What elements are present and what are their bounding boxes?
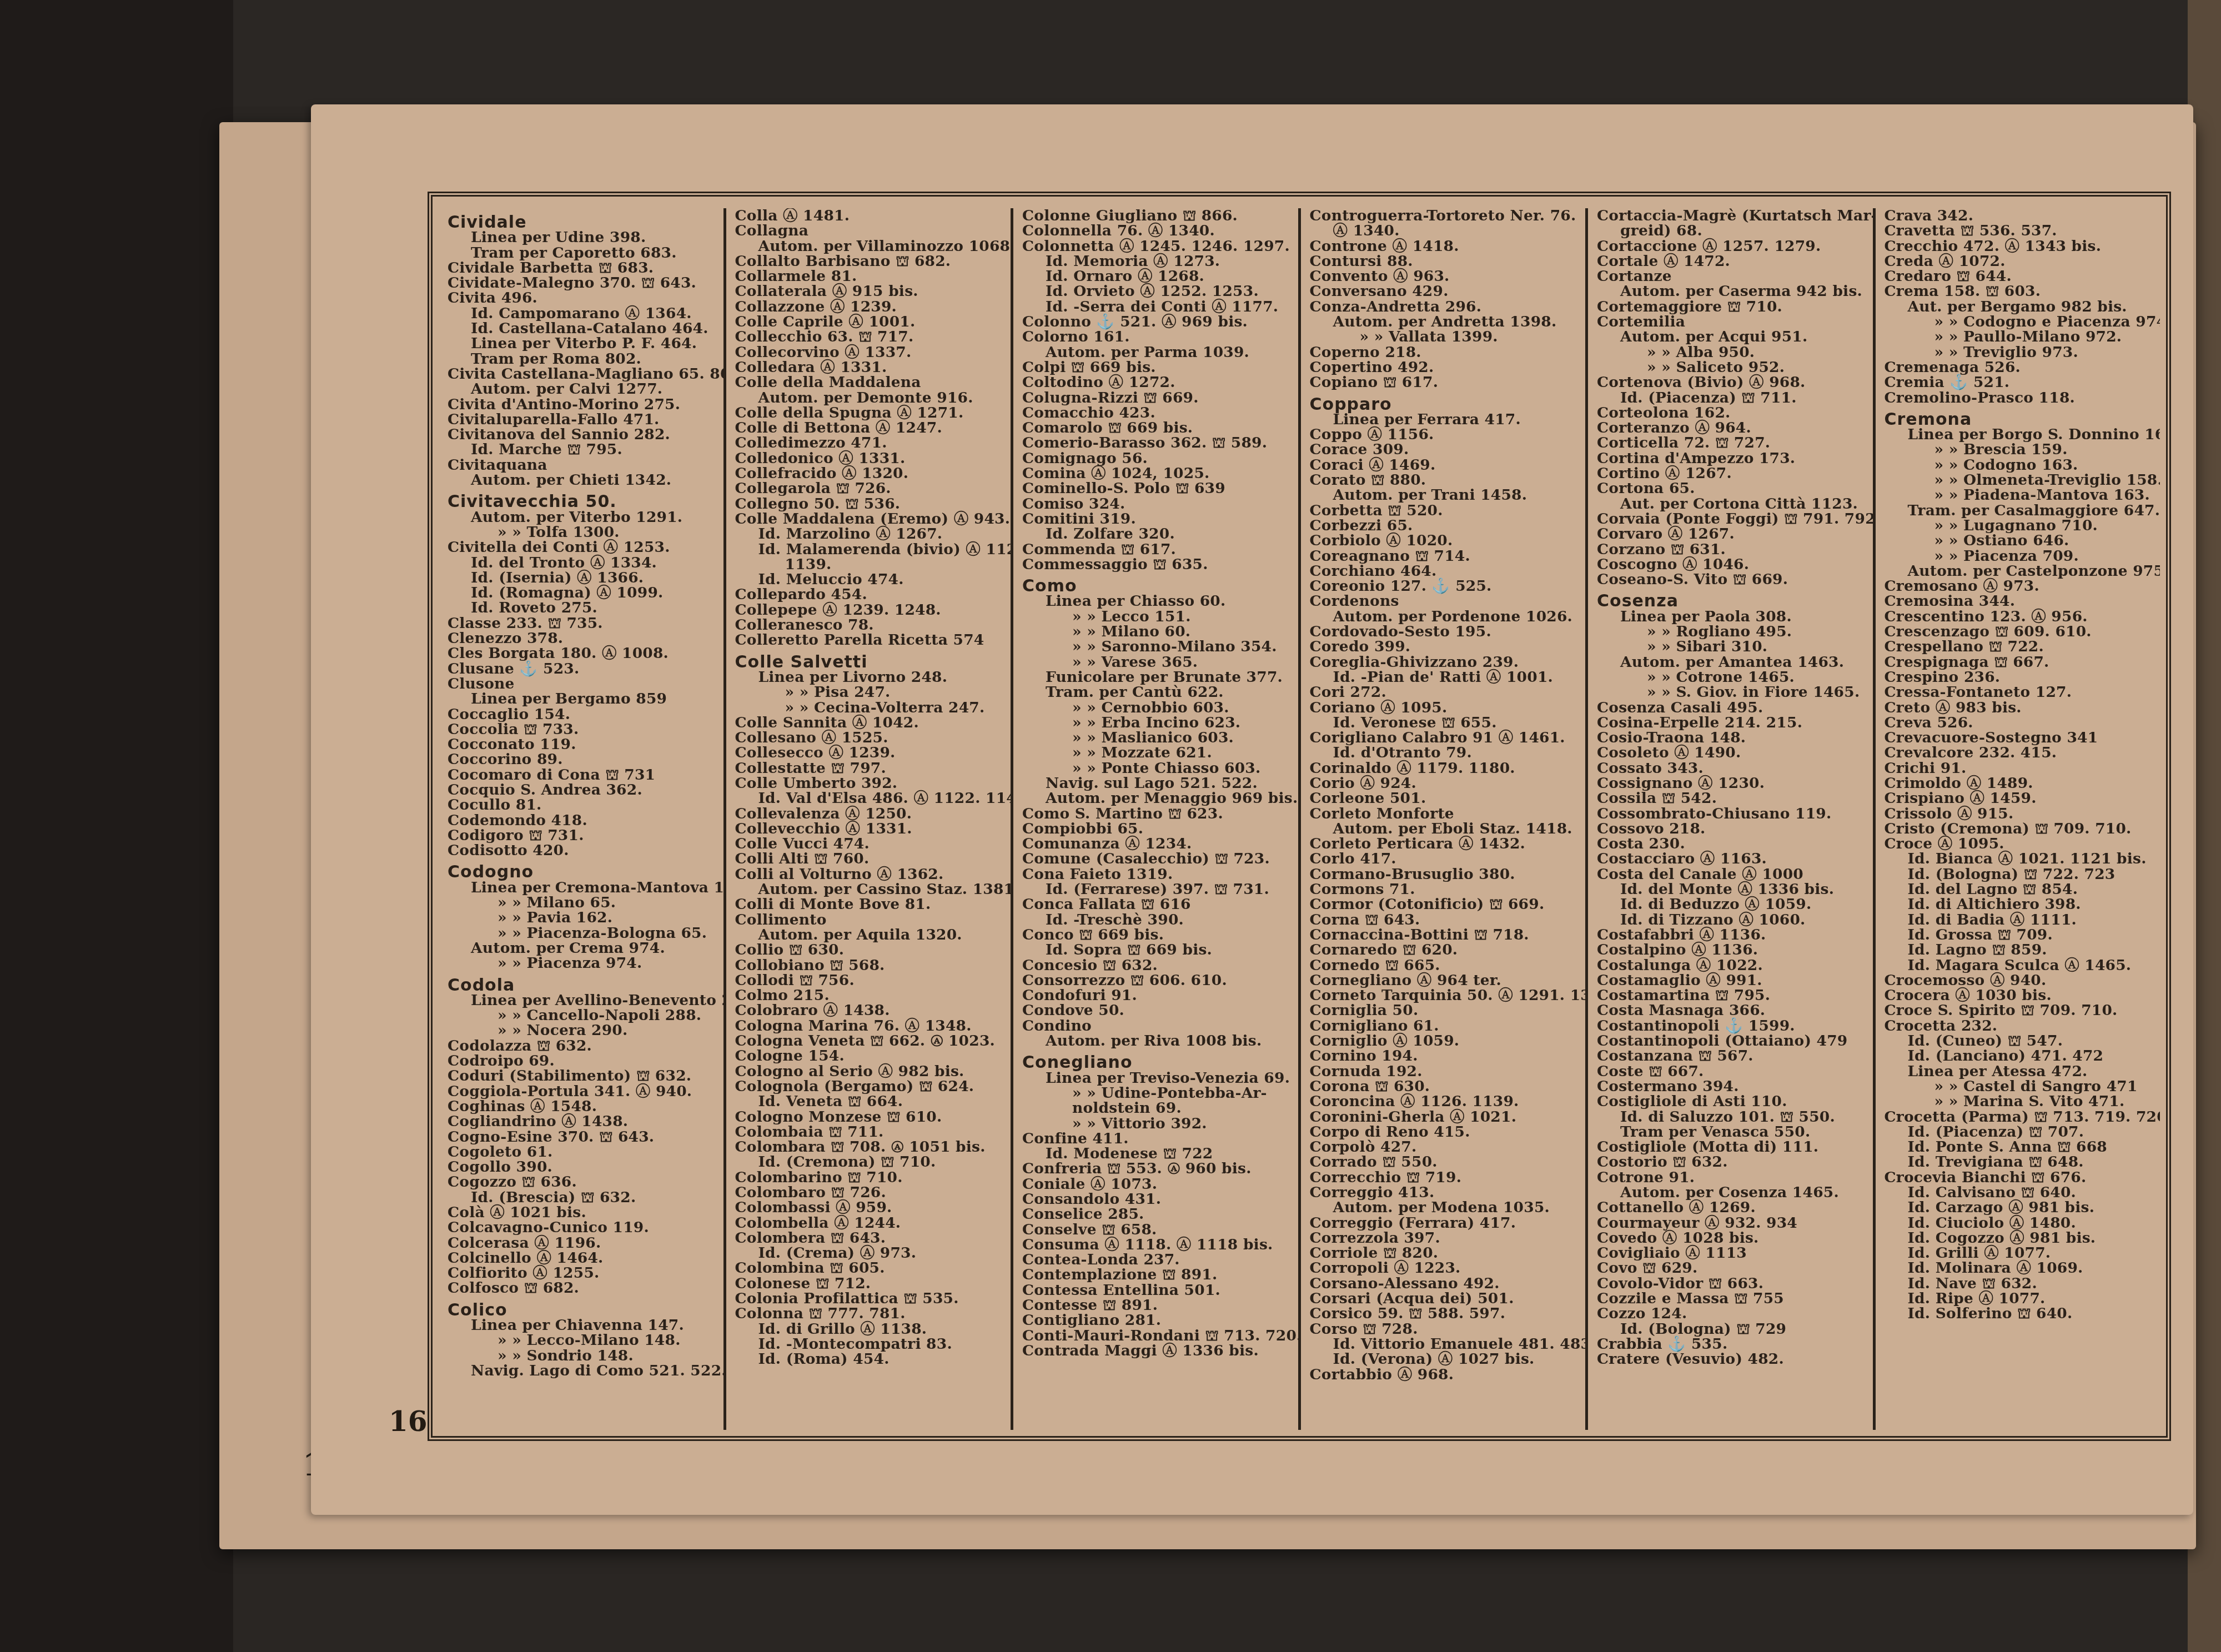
- index-entry: Tram per Venasca 550.: [1597, 1124, 1865, 1139]
- index-entry: Id. Roveto 275.: [448, 600, 716, 615]
- index-entry: Cortina d'Ampezzo 173.: [1597, 451, 1865, 466]
- index-entry: Cornuda 192.: [1310, 1064, 1578, 1079]
- index-entry: Coredo 399.: [1310, 639, 1578, 654]
- index-entry: Colombera ⛫ 643.: [735, 1231, 1003, 1246]
- index-entry: » » Mozzate 621.: [1022, 745, 1290, 760]
- index-entry: Colleranesco 78.: [735, 617, 1003, 632]
- index-entry: Crecchio 472. Ⓐ 1343 bis.: [1885, 239, 2153, 254]
- index-entry: Colombaro ⛫ 726.: [735, 1185, 1003, 1200]
- index-entry: Colonna ⛫ 777. 781.: [735, 1306, 1003, 1321]
- index-entry: Id. Magara Sculca Ⓐ 1465.: [1885, 958, 2153, 973]
- index-entry: Id. (Ferrarese) 397. ⛫ 731.: [1022, 882, 1290, 897]
- index-entry: Cocconato 119.: [448, 737, 716, 752]
- index-entry: Collepepe Ⓐ 1239. 1248.: [735, 602, 1003, 617]
- index-entry: » » Sibari 310.: [1597, 639, 1865, 654]
- index-entry: Conti-Mauri-Rondani ⛫ 713. 720.: [1022, 1328, 1290, 1343]
- index-entry: Linea per Paola 308.: [1597, 609, 1865, 624]
- index-entry: Conca Fallata ⛫ 616: [1022, 897, 1290, 912]
- index-entry: » » Treviglio 973.: [1885, 345, 2153, 360]
- index-entry: Cremolino-Prasco 118.: [1885, 390, 2153, 405]
- index-entry: Cogollo 390.: [448, 1159, 716, 1174]
- index-entry: Contessa Entellina 501.: [1022, 1283, 1290, 1298]
- index-entry: Controne Ⓐ 1418.: [1310, 239, 1578, 254]
- index-entry: Comarolo ⛫ 669 bis.: [1022, 420, 1290, 435]
- index-entry: Colmo 215.: [735, 988, 1003, 1003]
- index-entry: Creva 526.: [1885, 715, 2153, 730]
- index-entry: Costacciaro Ⓐ 1163.: [1597, 851, 1865, 866]
- index-entry: Concesio ⛫ 632.: [1022, 958, 1290, 973]
- index-entry: » » S. Giov. in Fiore 1465.: [1597, 685, 1865, 700]
- section-heading: Cividale: [448, 215, 716, 230]
- index-entry: Colugna-Rizzi ⛫ 669.: [1022, 390, 1290, 405]
- index-entry: Corace 309.: [1310, 442, 1578, 457]
- index-entry: Comiso 324.: [1022, 496, 1290, 511]
- index-entry: Colli di Monte Bove 81.: [735, 897, 1003, 912]
- index-entry: Cori 272.: [1310, 685, 1578, 700]
- index-entry: noldstein 69.: [1022, 1101, 1290, 1116]
- index-entry: Cologne 154.: [735, 1048, 1003, 1063]
- index-entry: Coppo Ⓐ 1156.: [1310, 427, 1578, 442]
- index-entry: Credaro ⛫ 644.: [1885, 269, 2153, 284]
- section-heading: Copparo: [1310, 397, 1578, 412]
- index-entry: Cossovo 218.: [1597, 821, 1865, 836]
- index-entry: Corpolò 427.: [1310, 1139, 1578, 1154]
- index-entry: Cremia ⚓ 521.: [1885, 375, 2153, 390]
- index-entry: Collegno 50. ⛫ 536.: [735, 496, 1003, 511]
- index-entry: Condino: [1022, 1018, 1290, 1033]
- index-entry: Cona Faieto 1319.: [1022, 867, 1290, 882]
- index-entry: Colombassi Ⓐ 959.: [735, 1200, 1003, 1215]
- index-entry: Linea per Udine 398.: [448, 230, 716, 245]
- index-entry: Conza-Andretta 296.: [1310, 299, 1578, 314]
- index-entry: Cortemilia: [1597, 314, 1865, 329]
- index-entry: Condove 50.: [1022, 1003, 1290, 1018]
- index-entry: Cogliandrino Ⓐ 1438.: [448, 1114, 716, 1129]
- index-entry: Crema 158. ⛫ 603.: [1885, 284, 2153, 299]
- index-entry: Consorrezzo ⛫ 606. 610.: [1022, 973, 1290, 988]
- index-entry: » » Lecco 151.: [1022, 609, 1290, 624]
- index-entry: Cravetta ⛫ 536. 537.: [1885, 223, 2153, 238]
- index-entry: Corbezzi 65.: [1310, 518, 1578, 533]
- index-entry: Autom. per Menaggio 969 bis.: [1022, 791, 1290, 806]
- index-entry: Conversano 429.: [1310, 284, 1578, 299]
- index-entry: Colfosco ⛫ 682.: [448, 1281, 716, 1296]
- index-entry: » » Lugagnano 710.: [1885, 518, 2153, 533]
- index-entry: Croce Ⓐ 1095.: [1885, 836, 2153, 851]
- index-entry: » » Olmeneta-Treviglio 158.: [1885, 473, 2153, 488]
- section-heading: Colle Salvetti: [735, 655, 1003, 670]
- index-entry: Colombara ⛫ 708. Ⓐ 1051 bis.: [735, 1139, 1003, 1154]
- index-entry: Linea per Viterbo P. F. 464.: [448, 336, 716, 351]
- index-entry: Cremenaga 526.: [1885, 360, 2153, 375]
- index-entry: Costalunga Ⓐ 1022.: [1597, 958, 1865, 973]
- index-entry: Conselve ⛫ 658.: [1022, 1222, 1290, 1237]
- index-entry: Crocetta 232.: [1885, 1018, 2153, 1033]
- index-entry: Colombaia ⛫ 711.: [735, 1124, 1003, 1139]
- index-entry: Crespignaga ⛫ 667.: [1885, 655, 2153, 670]
- index-entry: Id. di Badia Ⓐ 1111.: [1885, 912, 2153, 927]
- index-entry: Crescenzago ⛫ 609. 610.: [1885, 624, 2153, 639]
- index-entry: Collagna: [735, 223, 1003, 238]
- index-entry: Id. Calvisano ⛫ 640.: [1885, 1185, 2153, 1200]
- index-entry: Cormons 71.: [1310, 882, 1578, 897]
- index-entry: Colla Ⓐ 1481.: [735, 208, 1003, 223]
- index-entry: » » Piacenza 709.: [1885, 549, 2153, 564]
- index-entry: Coseano-S. Vito ⛫ 669.: [1597, 572, 1865, 587]
- index-entry: » » Piacenza-Bologna 65.: [448, 926, 716, 941]
- index-entry: Collecchio 63. ⛫ 717.: [735, 329, 1003, 344]
- index-entry: Linea per Avellino-Benevento 288.: [448, 993, 716, 1008]
- column-3: Colonne Giugliano ⛫ 866.Colonnella 76. Ⓐ…: [1013, 208, 1301, 1430]
- index-entry: Id. Veneta ⛫ 664.: [735, 1094, 1003, 1109]
- index-entry: Id. (Lanciano) 471. 472: [1885, 1048, 2153, 1063]
- index-entry: Compiobbi 65.: [1022, 821, 1290, 836]
- index-entry: » » Sondrio 148.: [448, 1348, 716, 1363]
- index-entry: Costa Masnaga 366.: [1597, 1003, 1865, 1018]
- index-entry: Tram per Caporetto 683.: [448, 245, 716, 260]
- index-entry: Id. di Grillo Ⓐ 1138.: [735, 1322, 1003, 1337]
- background-left: [0, 0, 233, 1652]
- index-entry: Cortaccia-Magrè (Kurtatsch Mar-: [1597, 208, 1865, 223]
- index-entry: Cornino 194.: [1310, 1048, 1578, 1063]
- index-entry: Id. Ponte S. Anna ⛫ 668: [1885, 1139, 2153, 1154]
- index-entry: Comunanza Ⓐ 1234.: [1022, 836, 1290, 851]
- index-entry: Id. Campomarano Ⓐ 1364.: [448, 306, 716, 321]
- index-entry: » » Saronno-Milano 354.: [1022, 639, 1290, 654]
- index-columns: CividaleLinea per Udine 398.Tram per Cap…: [439, 208, 2160, 1430]
- index-entry: Coccolia ⛫ 733.: [448, 722, 716, 737]
- index-entry: » » Vallata 1399.: [1310, 329, 1578, 344]
- index-entry: Id. (Brescia) ⛫ 632.: [448, 1190, 716, 1205]
- index-entry: Correzzola 397.: [1310, 1231, 1578, 1246]
- index-entry: Corsico 59. ⛫ 588. 597.: [1310, 1306, 1578, 1321]
- index-entry: Id. Solferino ⛫ 640.: [1885, 1306, 2153, 1321]
- index-entry: Cortabbio Ⓐ 968.: [1310, 1367, 1578, 1382]
- index-entry: Coronini-Gherla Ⓐ 1021.: [1310, 1109, 1578, 1124]
- index-entry: Corso ⛫ 728.: [1310, 1322, 1578, 1337]
- index-entry: Id. Molinara Ⓐ 1069.: [1885, 1261, 2153, 1276]
- index-entry: Cocomaro di Cona ⛫ 731: [448, 767, 716, 782]
- index-entry: Cocullo 81.: [448, 797, 716, 812]
- index-entry: Id. (Bologna) ⛫ 722. 723: [1885, 867, 2153, 882]
- index-entry: Corna ⛫ 643.: [1310, 912, 1578, 927]
- index-entry: Linea per Bergamo 859: [448, 691, 716, 706]
- index-entry: Crichi 91.: [1885, 761, 2153, 776]
- index-entry: Convento Ⓐ 963.: [1310, 269, 1578, 284]
- index-entry: Aut. per Cortona Città 1123.: [1597, 496, 1865, 511]
- index-entry: Correggio 413.: [1310, 1185, 1578, 1200]
- index-entry: Cocquio S. Andrea 362.: [448, 782, 716, 797]
- index-entry: Corvaia (Ponte Foggi) ⛫ 791. 792.: [1597, 511, 1865, 526]
- index-entry: Autom. per Parma 1039.: [1022, 345, 1290, 360]
- index-entry: Colonne Giugliano ⛫ 866.: [1022, 208, 1290, 223]
- index-entry: Contea-Londa 237.: [1022, 1252, 1290, 1267]
- index-entry: Costamaglio Ⓐ 991.: [1597, 973, 1865, 988]
- index-entry: » » Alba 950.: [1597, 345, 1865, 360]
- index-entry: Colledimezzo 471.: [735, 435, 1003, 450]
- index-entry: Collimento: [735, 912, 1003, 927]
- index-entry: Corona ⛫ 630.: [1310, 1079, 1578, 1094]
- index-entry: Coperno 218.: [1310, 345, 1578, 360]
- index-entry: Corleone 501.: [1310, 791, 1578, 806]
- index-entry: » » Cernobbio 603.: [1022, 700, 1290, 715]
- index-entry: Corsano-Alessano 492.: [1310, 1276, 1578, 1291]
- index-entry: Colle Vucci 474.: [735, 836, 1003, 851]
- index-entry: Creto Ⓐ 983 bis.: [1885, 700, 2153, 715]
- index-entry: Cornigliano 61.: [1310, 1018, 1578, 1033]
- index-entry: Cornaredo ⛫ 620.: [1310, 942, 1578, 957]
- index-entry: Crevalcore 232. 415.: [1885, 745, 2153, 760]
- index-entry: Covedo Ⓐ 1028 bis.: [1597, 1231, 1865, 1246]
- index-entry: Autom. per Modena 1035.: [1310, 1200, 1578, 1215]
- index-entry: Copiano ⛫ 617.: [1310, 375, 1578, 390]
- index-entry: Colonnella 76. Ⓐ 1340.: [1022, 223, 1290, 238]
- index-entry: Colonese ⛫ 712.: [735, 1276, 1003, 1291]
- index-entry: Colleretto Parella Ricetta 574: [735, 632, 1003, 647]
- index-entry: Cozzo 124.: [1597, 1306, 1865, 1321]
- index-entry: Cormor (Cotonificio) ⛫ 669.: [1310, 897, 1578, 912]
- index-entry: Collegarola ⛫ 726.: [735, 481, 1003, 496]
- index-entry: Cossato 343.: [1597, 761, 1865, 776]
- column-4: Controguerra-Tortoreto Ner. 76.Ⓐ 1340.Co…: [1301, 208, 1589, 1430]
- index-entry: » » Piadena-Mantova 163.: [1885, 488, 2153, 503]
- index-entry: Id. -Pian de' Ratti Ⓐ 1001.: [1310, 670, 1578, 685]
- index-entry: Crispiano Ⓐ 1459.: [1885, 791, 2153, 806]
- index-entry: Id. -Serra dei Conti Ⓐ 1177.: [1022, 299, 1290, 314]
- index-entry: Creda Ⓐ 1072.: [1885, 254, 2153, 269]
- index-entry: Corvaro Ⓐ 1267.: [1597, 526, 1865, 541]
- index-entry: Id. del Monte Ⓐ 1336 bis.: [1597, 882, 1865, 897]
- index-entry: Coreagnano ⛫ 714.: [1310, 549, 1578, 564]
- index-entry: Codisotto 420.: [448, 843, 716, 858]
- index-entry: Civitaquana: [448, 458, 716, 473]
- index-entry: Cossila ⛫ 542.: [1597, 791, 1865, 806]
- index-entry: Collaterala Ⓐ 915 bis.: [735, 284, 1003, 299]
- index-entry: » » Piacenza 974.: [448, 956, 716, 971]
- index-entry: Crescentino 123. Ⓐ 956.: [1885, 609, 2153, 624]
- index-entry: Corbetta ⛫ 520.: [1310, 503, 1578, 518]
- index-entry: Corinaldo Ⓐ 1179. 1180.: [1310, 761, 1578, 776]
- index-entry: Corniglio Ⓐ 1059.: [1310, 1033, 1578, 1048]
- index-entry: Crava 342.: [1885, 208, 2153, 223]
- index-entry: Colle Caprile Ⓐ 1001.: [735, 314, 1003, 329]
- index-entry: Croce S. Spirito ⛫ 709. 710.: [1885, 1003, 2153, 1018]
- index-entry: Commessaggio ⛫ 635.: [1022, 557, 1290, 572]
- index-entry: Coscogno Ⓐ 1046.: [1597, 557, 1865, 572]
- index-entry: Cornedo ⛫ 665.: [1310, 958, 1578, 973]
- index-entry: » » Rogliano 495.: [1597, 624, 1865, 639]
- index-entry: Id. (Verona) Ⓐ 1027 bis.: [1310, 1352, 1578, 1367]
- index-entry: Crevacuore-Sostegno 341: [1885, 730, 2153, 745]
- index-entry: Costermano 394.: [1597, 1079, 1865, 1094]
- index-entry: Contemplazione ⛫ 891.: [1022, 1267, 1290, 1282]
- index-entry: Id. Cogozzo Ⓐ 981 bis.: [1885, 1231, 2153, 1246]
- index-entry: Crimoldo Ⓐ 1489.: [1885, 776, 2153, 791]
- index-entry: Codroipo 69.: [448, 1053, 716, 1068]
- index-entry: Colle Maddalena (Eremo) Ⓐ 943.: [735, 511, 1003, 526]
- index-entry: Coduri (Stabilimento) ⛫ 632.: [448, 1068, 716, 1083]
- index-entry: Autom. per Andretta 1398.: [1310, 314, 1578, 329]
- index-entry: Cologno Monzese ⛫ 610.: [735, 1109, 1003, 1124]
- index-entry: » » Vittorio 392.: [1022, 1116, 1290, 1131]
- index-entry: Confreria ⛫ 553. Ⓐ 960 bis.: [1022, 1161, 1290, 1176]
- index-entry: Cologna Marina 76. Ⓐ 1348.: [735, 1018, 1003, 1033]
- index-entry: Corio Ⓐ 924.: [1310, 776, 1578, 791]
- index-entry: Corzano ⛫ 631.: [1597, 542, 1865, 557]
- index-entry: Colle della Spugna Ⓐ 1271.: [735, 405, 1003, 420]
- index-entry: » » Tolfa 1300.: [448, 525, 716, 540]
- index-entry: Corneto Tarquinia 50. Ⓐ 1291. 1301: [1310, 988, 1578, 1003]
- index-entry: » » Varese 365.: [1022, 655, 1290, 670]
- index-entry: Costamartina ⛫ 795.: [1597, 988, 1865, 1003]
- index-entry: Coroncina Ⓐ 1126. 1139.: [1310, 1094, 1578, 1109]
- index-entry: » » Pisa 247.: [735, 685, 1003, 700]
- section-heading: Cremona: [1885, 412, 2153, 427]
- index-entry: Coggiola-Portula 341. Ⓐ 940.: [448, 1084, 716, 1099]
- index-entry: Id. Orvieto Ⓐ 1252. 1253.: [1022, 284, 1290, 299]
- index-entry: Corniglia 50.: [1310, 1003, 1578, 1018]
- index-entry: Linea per Ferrara 417.: [1310, 412, 1578, 427]
- index-entry: Coghinas Ⓐ 1548.: [448, 1099, 716, 1114]
- index-entry: Cremosano Ⓐ 973.: [1885, 579, 2153, 594]
- index-entry: » » Marina S. Vito 471.: [1885, 1094, 2153, 1109]
- index-entry: Coraci Ⓐ 1469.: [1310, 458, 1578, 473]
- index-entry: Costa del Canale Ⓐ 1000: [1597, 867, 1865, 882]
- index-entry: » » Ostiano 646.: [1885, 533, 2153, 548]
- index-entry: Colle di Bettona Ⓐ 1247.: [735, 420, 1003, 435]
- index-entry: Id. Grossa ⛫ 709.: [1885, 927, 2153, 942]
- index-entry: Collobiano ⛫ 568.: [735, 958, 1003, 973]
- index-entry: Id. Bianca Ⓐ 1021. 1121 bis.: [1885, 851, 2153, 866]
- index-entry: Id. Carzago Ⓐ 981 bis.: [1885, 1200, 2153, 1215]
- index-entry: Autom. per Castelponzone 975.: [1885, 564, 2153, 579]
- index-entry: » » Codogno 163.: [1885, 458, 2153, 473]
- index-entry: Id. del Lagno ⛫ 854.: [1885, 882, 2153, 897]
- index-entry: Cosina-Erpelle 214. 215.: [1597, 715, 1865, 730]
- index-entry: Id. Memoria Ⓐ 1273.: [1022, 254, 1290, 269]
- index-entry: Collalto Barbisano ⛫ 682.: [735, 254, 1003, 269]
- index-entry: Corbiolo Ⓐ 1020.: [1310, 533, 1578, 548]
- index-entry: Cressa-Fontaneto 127.: [1885, 685, 2153, 700]
- index-entry: Costigliole di Asti 110.: [1597, 1094, 1865, 1109]
- index-entry: Contursi 88.: [1310, 254, 1578, 269]
- index-entry: Colli al Volturno Ⓐ 1362.: [735, 867, 1003, 882]
- index-entry: Codemondo 418.: [448, 813, 716, 828]
- index-entry: » » Cecina-Volterra 247.: [735, 700, 1003, 715]
- index-entry: Cotrone 91.: [1597, 1170, 1865, 1185]
- index-entry: Comina Ⓐ 1024, 1025.: [1022, 466, 1290, 481]
- index-entry: Autom. per Aquila 1320.: [735, 927, 1003, 942]
- index-entry: Consuma Ⓐ 1118. Ⓐ 1118 bis.: [1022, 1237, 1290, 1252]
- index-entry: Cortino Ⓐ 1267.: [1597, 466, 1865, 481]
- index-entry: Corchiano 464.: [1310, 564, 1578, 579]
- index-entry: Id. di Tizzano Ⓐ 1060.: [1597, 912, 1865, 927]
- index-entry: Linea per Atessa 472.: [1885, 1064, 2153, 1079]
- index-entry: Collazzone Ⓐ 1239.: [735, 299, 1003, 314]
- index-entry: Id. d'Otranto 79.: [1310, 745, 1578, 760]
- index-entry: Coniale Ⓐ 1073.: [1022, 1177, 1290, 1192]
- index-entry: Colonia Profilattica ⛫ 535.: [735, 1291, 1003, 1306]
- index-entry: Id. Malamerenda (bivio) Ⓐ 1126.: [735, 542, 1003, 557]
- index-entry: Correggio (Ferrara) 417.: [1310, 1216, 1578, 1231]
- index-entry: Cottanello Ⓐ 1269.: [1597, 1200, 1865, 1215]
- index-entry: » » Ponte Chiasso 603.: [1022, 761, 1290, 776]
- index-entry: Colli Alti ⛫ 760.: [735, 851, 1003, 866]
- index-entry: Crissolo Ⓐ 915.: [1885, 806, 2153, 821]
- index-entry: Autom. per Amantea 1463.: [1597, 655, 1865, 670]
- index-entry: Colledara Ⓐ 1331.: [735, 360, 1003, 375]
- index-entry: Colpi ⛫ 669 bis.: [1022, 360, 1290, 375]
- index-entry: Corato ⛫ 880.: [1310, 473, 1578, 488]
- section-heading: Conegliano: [1022, 1055, 1290, 1070]
- index-entry: Codolazza ⛫ 632.: [448, 1038, 716, 1053]
- section-heading: Cosenza: [1597, 594, 1865, 609]
- index-entry: Id. Meluccio 474.: [735, 572, 1003, 587]
- index-entry: Covolo-Vidor ⛫ 663.: [1597, 1276, 1865, 1291]
- index-entry: Id. Ciuciolo Ⓐ 1480.: [1885, 1216, 2153, 1231]
- index-entry: Covigliaio Ⓐ 1113: [1597, 1246, 1865, 1261]
- index-entry: Tram. per Cantù 622.: [1022, 685, 1290, 700]
- index-entry: Cogno-Esine 370. ⛫ 643.: [448, 1129, 716, 1144]
- index-entry: Id. (Roma) 454.: [735, 1352, 1003, 1367]
- column-2: Colla Ⓐ 1481.CollagnaAutom. per Villamin…: [726, 208, 1014, 1430]
- index-entry: Autom. per Acqui 951.: [1597, 329, 1865, 344]
- index-entry: Correcchio ⛫ 719.: [1310, 1170, 1578, 1185]
- index-entry: Autom. per Chieti 1342.: [448, 473, 716, 488]
- index-entry: Covo ⛫ 629.: [1597, 1261, 1865, 1276]
- index-entry: Corsari (Acqua dei) 501.: [1310, 1291, 1578, 1306]
- index-entry: Crocera Ⓐ 1030 bis.: [1885, 988, 2153, 1003]
- index-entry: Collepardo 454.: [735, 587, 1003, 602]
- index-entry: Id. (Piacenza) ⛫ 707.: [1885, 1124, 2153, 1139]
- index-entry: Colorno 161.: [1022, 329, 1290, 344]
- index-entry: Civitanova del Sannio 282.: [448, 427, 716, 442]
- index-entry: Id. Castellana-Catalano 464.: [448, 321, 716, 336]
- index-entry: » » Cancello-Napoli 288.: [448, 1008, 716, 1023]
- index-entry: Id. Zolfare 320.: [1022, 526, 1290, 541]
- index-entry: Cossombrato-Chiusano 119.: [1597, 806, 1865, 821]
- index-entry: Id. Marche ⛫ 795.: [448, 442, 716, 457]
- index-entry: Corteolona 162.: [1597, 405, 1865, 420]
- index-entry: Colonno ⚓ 521. Ⓐ 969 bis.: [1022, 314, 1290, 329]
- index-entry: Id. (Crema) Ⓐ 973.: [735, 1246, 1003, 1261]
- index-entry: Id. (Piacenza) ⛫ 711.: [1597, 390, 1865, 405]
- index-entry: Colonnetta Ⓐ 1245. 1246. 1297.: [1022, 239, 1290, 254]
- index-entry: Navig. sul Lago 521. 522.: [1022, 776, 1290, 791]
- index-entry: Collesano Ⓐ 1525.: [735, 730, 1003, 745]
- index-entry: Cologna Veneta ⛫ 662. Ⓐ 1023.: [735, 1033, 1003, 1048]
- index-entry: Cortona 65.: [1597, 481, 1865, 496]
- index-entry: Cortaccione Ⓐ 1257. 1279.: [1597, 239, 1865, 254]
- background-top: [0, 0, 2221, 106]
- index-entry: Cosio-Traona 148.: [1597, 730, 1865, 745]
- index-entry: Colobraro Ⓐ 1438.: [735, 1003, 1003, 1018]
- index-entry: » » Milano 60.: [1022, 624, 1290, 639]
- index-entry: Conselice 285.: [1022, 1207, 1290, 1222]
- index-entry: » » Pavia 162.: [448, 910, 716, 925]
- index-entry: Navig. Lago di Como 521. 522.: [448, 1363, 716, 1378]
- index-entry: Colà Ⓐ 1021 bis.: [448, 1205, 716, 1220]
- index-entry: Cordovado-Sesto 195.: [1310, 624, 1578, 639]
- index-entry: Corrado ⛫ 550.: [1310, 1154, 1578, 1169]
- index-entry: Collecorvino Ⓐ 1337.: [735, 345, 1003, 360]
- index-entry: Aut. per Bergamo 982 bis.: [1885, 299, 2153, 314]
- section-heading: Codola: [448, 978, 716, 993]
- index-entry: Colledonico Ⓐ 1331.: [735, 451, 1003, 466]
- index-entry: Id. Trevigiana ⛫ 648.: [1885, 1154, 2153, 1169]
- index-entry: Corigliano Calabro 91 Ⓐ 1461.: [1310, 730, 1578, 745]
- index-entry: Crocemosso Ⓐ 940.: [1885, 973, 2153, 988]
